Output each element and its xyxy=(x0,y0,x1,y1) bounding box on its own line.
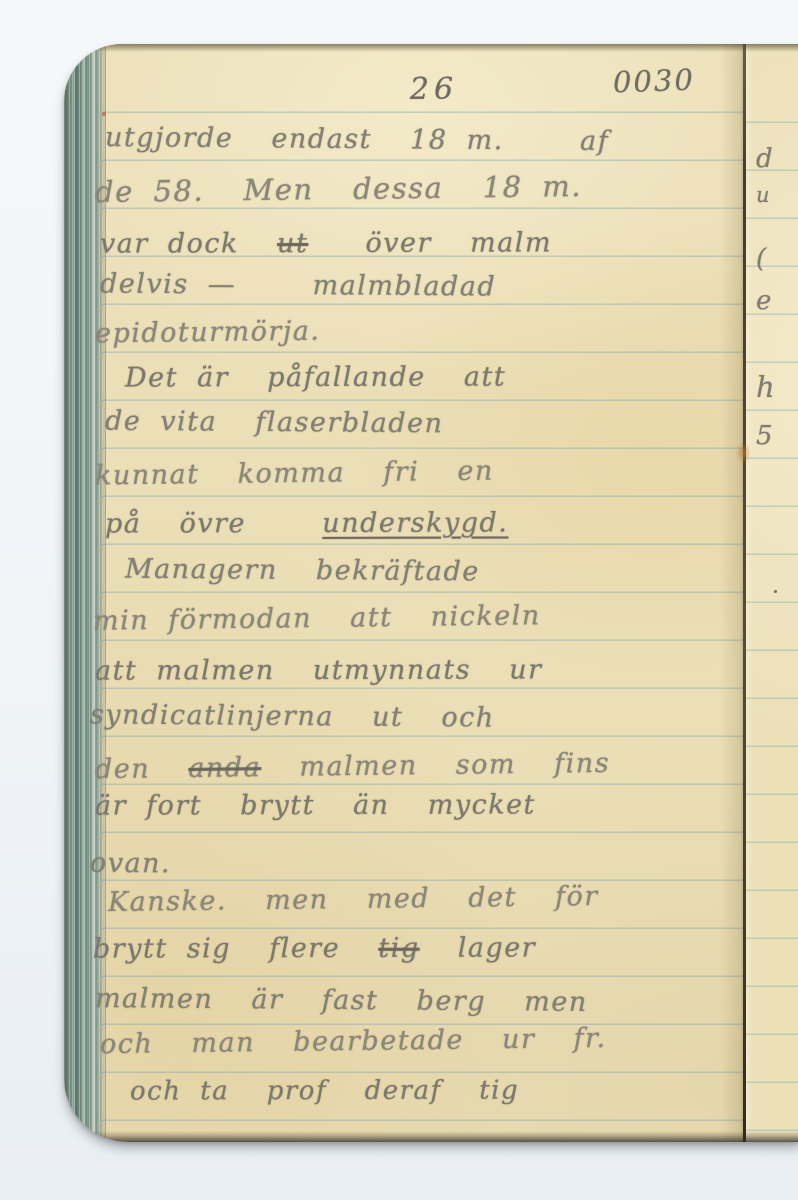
facing-page-letter-fragment: d xyxy=(756,144,773,174)
facing-page-letter-fragment: e xyxy=(756,286,771,316)
facing-page-letter-fragment: h xyxy=(756,370,775,404)
facing-page-letter-fragment: u xyxy=(756,183,770,207)
facing-page-letter-fragment: 5 xyxy=(756,421,773,451)
notebook-page-block: 26 0030 utgjorde endast 18 m. afde 58. M… xyxy=(64,44,798,1142)
notebook-scan: 26 0030 utgjorde endast 18 m. afde 58. M… xyxy=(0,0,798,1200)
page-top-shadow xyxy=(98,44,798,52)
facing-page-fragments: du(eh5 xyxy=(64,44,798,1142)
page-bottom-shadow xyxy=(84,1131,798,1142)
facing-page-letter-fragment: ( xyxy=(756,244,766,274)
